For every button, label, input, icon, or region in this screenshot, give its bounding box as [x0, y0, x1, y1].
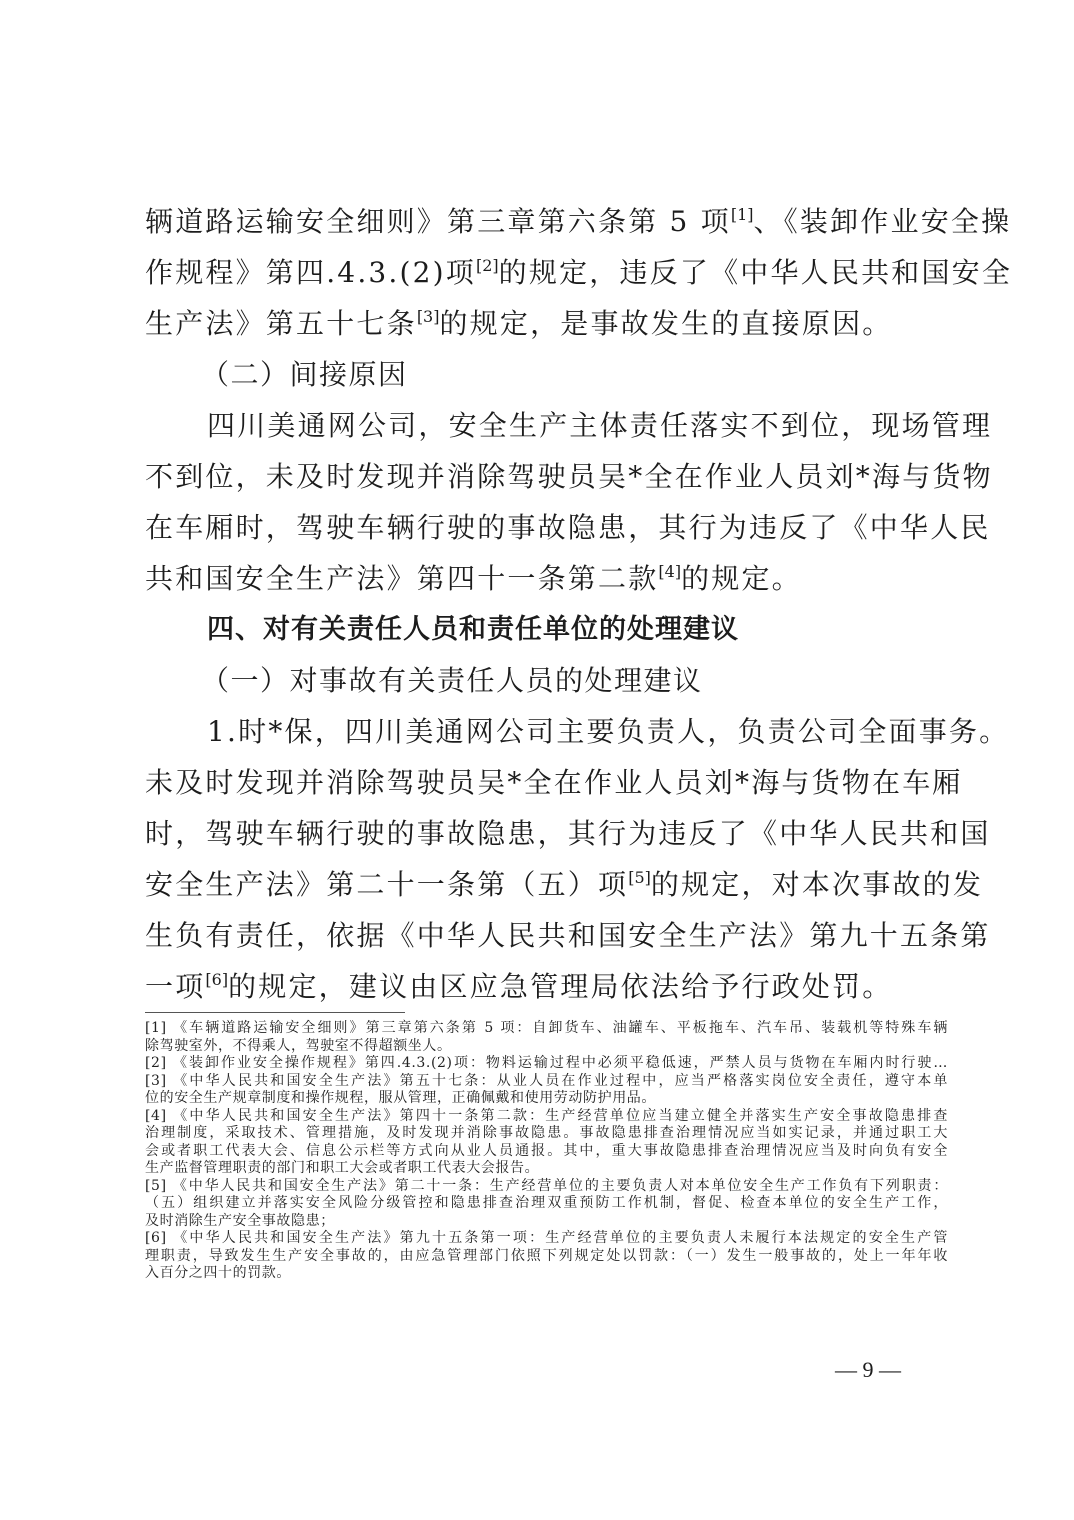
footnote-line: [3] 《中华人民共和国安全生产法》第五十七条：从业人员在作业过程中，应当严格落…: [145, 1073, 948, 1091]
footnote-line: 生产监督管理职责的部门和职工大会或者职工代表大会报告。: [145, 1160, 948, 1178]
footnote-line: [2] 《装卸作业安全操作规程》第四.4.3.(2)项：物料运输过程中必须平稳低…: [145, 1055, 948, 1073]
footnote-separator: [145, 1012, 405, 1013]
document-page: 辆道路运输安全细则》第三章第六条第 5 项[1]、《装卸作业安全操 作规程》第四…: [0, 0, 1074, 1520]
footnote-line: 及时消除生产安全事故隐患；: [145, 1213, 948, 1231]
footnote-line: [5] 《中华人民共和国安全生产法》第二十一条：生产经营单位的主要负责人对本单位…: [145, 1178, 948, 1196]
footnotes: [1] 《车辆道路运输安全细则》第三章第六条第 5 项：自卸货车、油罐车、平板拖…: [145, 1020, 948, 1283]
body-line: 时，驾驶车辆行驶的事故隐患，其行为违反了《中华人民共和国: [145, 808, 943, 859]
footnote-line: 位的安全生产规章制度和操作规程，服从管理，正确佩戴和使用劳动防护用品。: [145, 1090, 948, 1108]
body-line: 未及时发现并消除驾驶员吴*全在作业人员刘*海与货物在车厢: [145, 757, 943, 808]
body-line: 辆道路运输安全细则》第三章第六条第 5 项[1]、《装卸作业安全操: [145, 196, 943, 247]
body-line: 生产法》第五十七条[3]的规定，是事故发生的直接原因。: [145, 298, 943, 349]
footnote-ref[interactable]: [4]: [658, 562, 681, 581]
footnote-line: [6] 《中华人民共和国安全生产法》第九十五条第一项：生产经营单位的主要负责人未…: [145, 1230, 948, 1248]
body-line: 生负有责任，依据《中华人民共和国安全生产法》第九十五条第: [145, 910, 943, 961]
body-line: 四川美通网公司，安全生产主体责任落实不到位，现场管理: [145, 400, 943, 451]
subheading-indirect-cause: （二）间接原因: [145, 349, 943, 400]
body-line: 一项[6]的规定，建议由区应急管理局依法给予行政处罚。: [145, 961, 943, 1012]
footnote-ref[interactable]: [1]: [731, 205, 754, 224]
body-line: 共和国安全生产法》第四十一条第二款[4]的规定。: [145, 553, 943, 604]
footnote-line: 除驾驶室外，不得乘人，驾驶室不得超额坐人。: [145, 1038, 948, 1056]
section-heading-four: 四、对有关责任人员和责任单位的处理建议: [145, 604, 943, 655]
subheading-personnel: （一）对事故有关责任人员的处理建议: [145, 655, 943, 706]
footnote-ref[interactable]: [6]: [205, 970, 228, 989]
body-line: 1.时*保，四川美通网公司主要负责人，负责公司全面事务。: [145, 706, 943, 757]
footnote-line: [4] 《中华人民共和国安全生产法》第四十一条第二款：生产经营单位应当建立健全并…: [145, 1108, 948, 1126]
footnote-ref[interactable]: [3]: [417, 307, 440, 326]
body-line: 不到位，未及时发现并消除驾驶员吴*全在作业人员刘*海与货物: [145, 451, 943, 502]
footnote-line: 治理制度，采取技术、管理措施，及时发现并消除事故隐患。事故隐患排查治理情况应当如…: [145, 1125, 948, 1143]
footnote-ref[interactable]: [2]: [476, 256, 499, 275]
page-number: — 9 —: [835, 1357, 901, 1383]
footnote-line: 会或者职工代表大会、信息公示栏等方式向从业人员通报。其中，重大事故隐患排查治理情…: [145, 1143, 948, 1161]
body-line: 在车厢时，驾驶车辆行驶的事故隐患，其行为违反了《中华人民: [145, 502, 943, 553]
footnote-line: [1] 《车辆道路运输安全细则》第三章第六条第 5 项：自卸货车、油罐车、平板拖…: [145, 1020, 948, 1038]
footnote-line: 入百分之四十的罚款。: [145, 1265, 948, 1283]
footnote-line: 理职责，导致发生生产安全事故的，由应急管理部门依照下列规定处以罚款：（一）发生一…: [145, 1248, 948, 1266]
body-line: 安全生产法》第二十一条第（五）项[5]的规定，对本次事故的发: [145, 859, 943, 910]
body-line: 作规程》第四.4.3.(2)项[2]的规定，违反了《中华人民共和国安全: [145, 247, 943, 298]
body-text: 辆道路运输安全细则》第三章第六条第 5 项[1]、《装卸作业安全操 作规程》第四…: [145, 196, 943, 1012]
footnote-ref[interactable]: [5]: [628, 868, 651, 887]
footnote-line: （五）组织建立并落实安全风险分级管控和隐患排查治理双重预防工作机制，督促、检查本…: [145, 1195, 948, 1213]
